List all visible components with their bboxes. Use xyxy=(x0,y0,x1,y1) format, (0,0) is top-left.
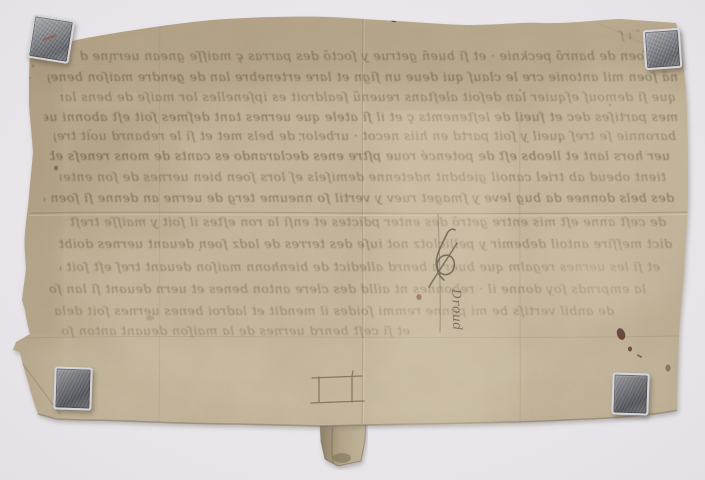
parchment-shading: Droud xyxy=(0,0,705,480)
corner-weight-top-right xyxy=(643,28,683,70)
scratch-mark xyxy=(42,34,56,40)
corner-weight-bottom-left xyxy=(53,366,92,410)
corner-weight-top-left xyxy=(27,14,75,64)
corner-weight-bottom-right xyxy=(611,372,649,415)
parchment-scene: Droud xyxy=(0,0,705,480)
scan-background: Droud ſ ˜ ı ſ ım ſoen de banrõ pecknie ·… xyxy=(0,0,705,480)
archivist-mark-text: Droud xyxy=(449,288,465,332)
